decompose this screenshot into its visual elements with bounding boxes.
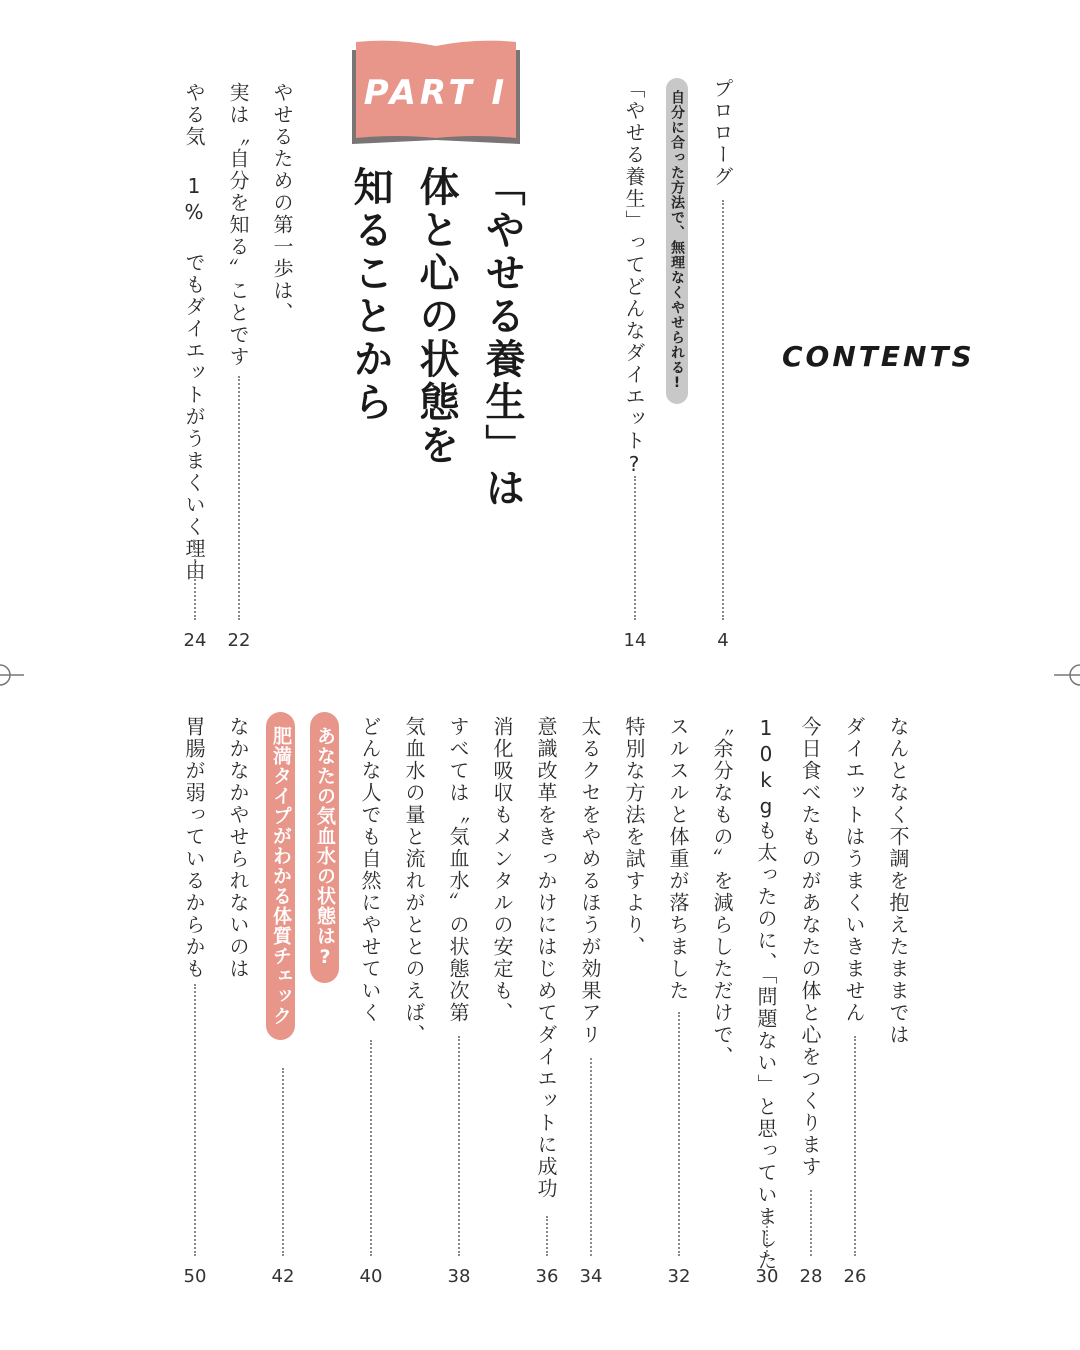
part-title-line-1: 「やせる養生」は bbox=[482, 166, 522, 510]
page-number: 42 bbox=[272, 1266, 295, 1287]
toc-entry-line[interactable]: 実は〝自分を知る〟ことです bbox=[228, 82, 248, 368]
prologue-tagline-badge: 自分に合った方法で、無理なくやせられる! bbox=[666, 78, 688, 404]
leader-dots bbox=[810, 1190, 812, 1256]
toc-entry-line[interactable]: なかなかやせられないのは bbox=[228, 716, 248, 980]
toc-entry-line[interactable]: 意識改革をきっかけにはじめてダイエットに成功 bbox=[536, 716, 556, 1200]
toc-entry-line[interactable]: どんな人でも自然にやせていく bbox=[360, 716, 380, 1024]
page-number: 4 bbox=[717, 630, 728, 651]
page-number: 34 bbox=[580, 1266, 603, 1287]
toc-entry-line[interactable]: 気血水の量と流れがととのえば、 bbox=[404, 716, 424, 1046]
toc-entry-line[interactable]: 消化吸収もメンタルの安定も、 bbox=[492, 716, 512, 1024]
crop-mark-left-icon bbox=[0, 660, 30, 690]
page-number: 32 bbox=[668, 1266, 691, 1287]
toc-entry-line[interactable]: 胃腸が弱っているからかも bbox=[184, 716, 204, 980]
part-title-line-3: 知ることから bbox=[350, 166, 390, 424]
leader-dots bbox=[238, 376, 240, 620]
toc-entry-body-type-check[interactable]: 肥満タイプがわかる体質チェック bbox=[266, 712, 295, 1040]
leader-dots bbox=[546, 1216, 548, 1256]
contents-title: CONTENTS bbox=[782, 340, 975, 373]
leader-dots bbox=[634, 476, 636, 620]
toc-entry-line[interactable]: やせるための第一歩は、 bbox=[272, 82, 292, 324]
page-number: 50 bbox=[184, 1266, 207, 1287]
toc-entry-line[interactable]: 特別な方法を試すより、 bbox=[624, 716, 644, 958]
leader-dots bbox=[370, 1040, 372, 1256]
leader-dots bbox=[282, 1068, 284, 1256]
part-label: PART I bbox=[350, 40, 522, 146]
toc-entry-line[interactable]: やる気 1% でもダイエットがうまくいく理由 bbox=[184, 82, 204, 582]
crop-mark-right-icon bbox=[1050, 660, 1080, 690]
toc-entry-line[interactable]: すべては〝気血水〟の状態次第 bbox=[448, 716, 468, 1024]
toc-entry-line[interactable]: 〝余分なもの〟を減らしただけで、 bbox=[712, 716, 732, 1068]
toc-entry-line[interactable]: 10kgも太ったのに、「問題ない」と思っていました bbox=[756, 716, 776, 1272]
page-number: 26 bbox=[844, 1266, 867, 1287]
part-title-line-2: 体と心の状態を bbox=[416, 166, 456, 467]
leader-dots bbox=[194, 540, 196, 620]
leader-dots bbox=[854, 1036, 856, 1256]
page-number: 40 bbox=[360, 1266, 383, 1287]
toc-entry-prologue[interactable]: プロローグ bbox=[712, 78, 732, 188]
page-number: 38 bbox=[448, 1266, 471, 1287]
leader-dots bbox=[766, 1214, 768, 1256]
toc-entry-line[interactable]: ダイエットはうまくいきません bbox=[844, 716, 864, 1024]
toc-entry-line[interactable]: 太るクセをやめるほうが効果アリ bbox=[580, 716, 600, 1046]
toc-entry-line[interactable]: なんとなく不調を抱えたままでは bbox=[888, 716, 908, 1046]
page-number: 22 bbox=[228, 630, 251, 651]
check-tagline-badge: あなたの気血水の状態は? bbox=[310, 712, 339, 983]
page-number: 24 bbox=[184, 630, 207, 651]
toc-entry-line[interactable]: スルスルと体重が落ちました bbox=[668, 716, 688, 1002]
page-number: 28 bbox=[800, 1266, 823, 1287]
part-badge: PART I bbox=[350, 40, 522, 146]
toc-entry-line[interactable]: 今日食べたものがあなたの体と心をつくります bbox=[800, 716, 820, 1178]
leader-dots bbox=[194, 984, 196, 1256]
page-number: 14 bbox=[624, 630, 647, 651]
page-number: 30 bbox=[756, 1266, 779, 1287]
leader-dots bbox=[678, 1012, 680, 1256]
toc-entry-intro[interactable]: 「やせる養生」ってどんなダイエット? bbox=[624, 78, 644, 478]
page-number: 36 bbox=[536, 1266, 559, 1287]
leader-dots bbox=[458, 1036, 460, 1256]
leader-dots bbox=[722, 200, 724, 620]
leader-dots bbox=[590, 1058, 592, 1256]
